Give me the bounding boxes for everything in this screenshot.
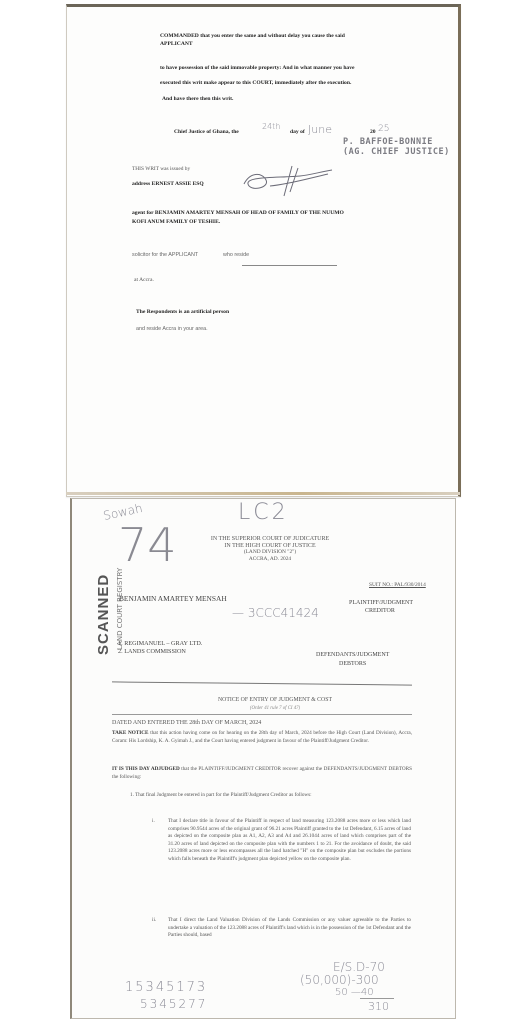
handwritten-calc-3: 50 —40 [335,987,374,998]
adjudged-paragraph: IT IS THIS DAY ADJUDGED that the PLAINTI… [112,766,412,781]
handwritten-sum-line [360,998,394,999]
item-i-number: i. [152,818,155,825]
solicitor-line: solicitor for the APPLICANT [132,252,198,259]
item-1: 1. That final Judgment be entered in par… [130,792,312,799]
court-header: IN THE SUPERIOR COURT OF JUDICATURE IN T… [170,536,370,562]
possession-line-1: to have possession of the said immovable… [160,65,355,72]
defendant-role-2: DEBTORS [339,661,366,668]
notice-title: NOTICE OF ENTRY OF JUDGMENT & COST [140,697,410,704]
handwritten-month: June [308,123,332,136]
possession-line-2: executed this writ make appear to this C… [160,80,351,87]
handwritten-year: 25 [378,124,389,134]
item-ii-number: ii. [152,917,156,924]
possession-line-3: And have there then this writ. [162,96,233,103]
divider-bottom [112,714,412,715]
court-header-line: ACCRA, AD. 2024 [170,556,370,563]
handwritten-number-1: 15345173 [125,980,207,995]
stamp-name: P. BAFFOE-BONNIE [343,137,450,147]
reside-blank-line [242,265,337,266]
chief-justice-stamp: P. BAFFOE-BONNIE (AG. CHIEF JUSTICE) [343,137,450,157]
scanned-stamp: SCANNED [95,574,112,655]
agent-line-2: KOFI ANUM FAMILY OF TESHIE. [132,219,220,226]
reside-area-line: and reside Accra in your area. [136,326,208,333]
agent-line-1: agent for BENJAMIN AMARTEY MENSAH OF HEA… [132,210,344,217]
stamp-title: (AG. CHIEF JUSTICE) [343,147,450,157]
defendant-1: 1. REGIMANUEL – GRAY LTD. [118,640,202,647]
take-notice-text: that this action having come on for hear… [112,730,412,744]
suit-number: SUIT NO.: PAL/930/2014 [369,582,426,589]
handwritten-calc-4: 310 [368,1000,389,1013]
handwritten-calc-2: (50,000)-300 [300,973,379,987]
handwritten-number-2: 5345277 [140,997,207,1011]
plaintiff-name: BENJAMIN AMARTEY MENSAH [119,595,227,602]
respondents-line: The Respondents is an artificial person [136,309,229,316]
signature [240,162,340,198]
handwritten-ref: — 3CCC41424 [232,606,319,620]
take-notice-lead: TAKE NOTICE [112,730,148,736]
handwritten-calc-1: E/S.D-70 [333,960,385,974]
chief-justice-label: Chief Justice of Ghana, the [174,129,239,136]
handwritten-number: 74 [118,518,177,572]
issued-by: THIS WRIT was issued by [132,166,190,173]
page-edge [66,492,460,495]
item-ii-text: That I direct the Land Valuation Divisio… [168,917,411,940]
notice-page [70,498,456,1019]
day-label: day of [290,129,305,136]
defendant-2: 2. LANDS COMMISSION [118,648,186,655]
at-accra: at Accra. [134,277,154,284]
commanded-line-1: COMMANDED that you enter the same and wi… [160,33,345,40]
plaintiff-role-2: CREDITOR [365,608,395,615]
dated-entered: DATED AND ENTERED THE 28th DAY OF MARCH,… [112,720,261,727]
who-reside: who reside [223,252,249,259]
address-line: address ERNEST ASSIE ESQ [132,181,204,188]
defendant-role-1: DEFENDANTS/JUDGMENT [316,652,389,659]
handwritten-day: 24th [262,122,280,131]
court-header-line: IN THE SUPERIOR COURT OF JUDICATURE [170,536,370,543]
plaintiff-role-1: PLAINTIFF/JUDGMENT [349,600,413,607]
scanned-stamp-sub: LAND COURT REGISTRY [116,568,124,650]
adjudged-lead: IT IS THIS DAY ADJUDGED [112,766,180,772]
commanded-line-2: APPLICANT [160,41,193,48]
take-notice-paragraph: TAKE NOTICE that this action having come… [112,730,412,745]
writ-page [66,4,461,497]
year-prefix: 20 [370,129,376,136]
court-header-line: (LAND DIVISION "2") [170,549,370,556]
item-i-text: That I declare title in favour of the Pl… [168,818,411,863]
notice-subtitle: (Order 41 rule 7 of CI 47) [140,705,410,712]
handwritten-code: LC2 [238,500,289,525]
